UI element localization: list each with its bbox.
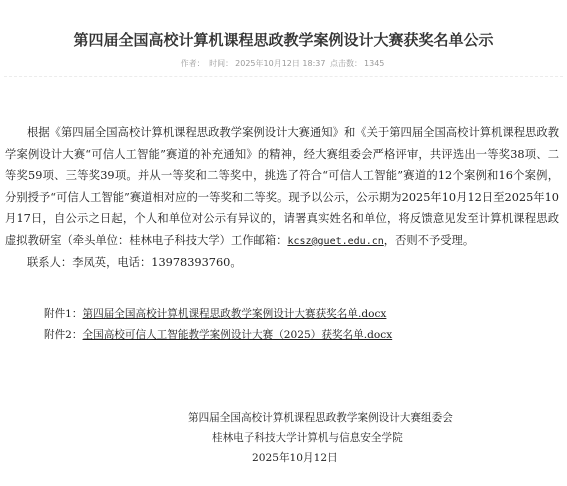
page-title: 第四届全国高校计算机课程思政教学案例设计大赛获奖名单公示 xyxy=(0,30,567,50)
attachment-item: 附件1：第四届全国高校计算机课程思政教学案例设计大赛获奖名单.docx xyxy=(44,304,392,325)
announcement-paragraph: 根据《第四届全国高校计算机课程思政教学案例设计大赛通知》和《关于第四届全国高校计… xyxy=(5,122,559,252)
email-link[interactable]: kcsz@guet.edu.cn xyxy=(287,236,383,247)
attachment-item: 附件2：全国高校可信人工智能教学案例设计大赛（2025）获奖名单.docx xyxy=(44,325,392,346)
attachment-label: 附件2： xyxy=(44,329,83,341)
signature-school: 桂林电子科技大学计算机与信息安全学院 xyxy=(212,431,403,445)
author-label: 作者： xyxy=(181,59,205,68)
attachments-list: 附件1：第四届全国高校计算机课程思政教学案例设计大赛获奖名单.docx 附件2：… xyxy=(44,304,392,346)
views-label: 点击数： xyxy=(330,59,362,68)
time-label: 时间： xyxy=(209,59,233,68)
article-meta: 作者： 时间：2025年10月12日 18:37 点击数：1345 xyxy=(0,58,567,70)
contact-info: 联系人：李凤英，电话：13978393760。 xyxy=(5,252,559,274)
signature-date: 2025年10月12日 xyxy=(252,451,338,465)
attachment-label: 附件1： xyxy=(44,308,83,320)
attachment-link-1[interactable]: 第四届全国高校计算机课程思政教学案例设计大赛获奖名单.docx xyxy=(83,308,387,320)
article-body: 根据《第四届全国高校计算机课程思政教学案例设计大赛通知》和《关于第四届全国高校计… xyxy=(5,122,559,274)
publish-time: 2025年10月12日 18:37 xyxy=(235,59,325,68)
signature-organizer: 第四届全国高校计算机课程思政教学案例设计大赛组委会 xyxy=(188,411,453,425)
view-count: 1345 xyxy=(364,59,384,68)
paragraph-text-1: 根据《第四届全国高校计算机课程思政教学案例设计大赛通知》和《关于第四届全国高校计… xyxy=(5,126,559,247)
paragraph-text-2: ，否则不予受理。 xyxy=(384,234,474,247)
attachment-link-2[interactable]: 全国高校可信人工智能教学案例设计大赛（2025）获奖名单.docx xyxy=(83,329,393,341)
meta-divider xyxy=(4,76,563,77)
